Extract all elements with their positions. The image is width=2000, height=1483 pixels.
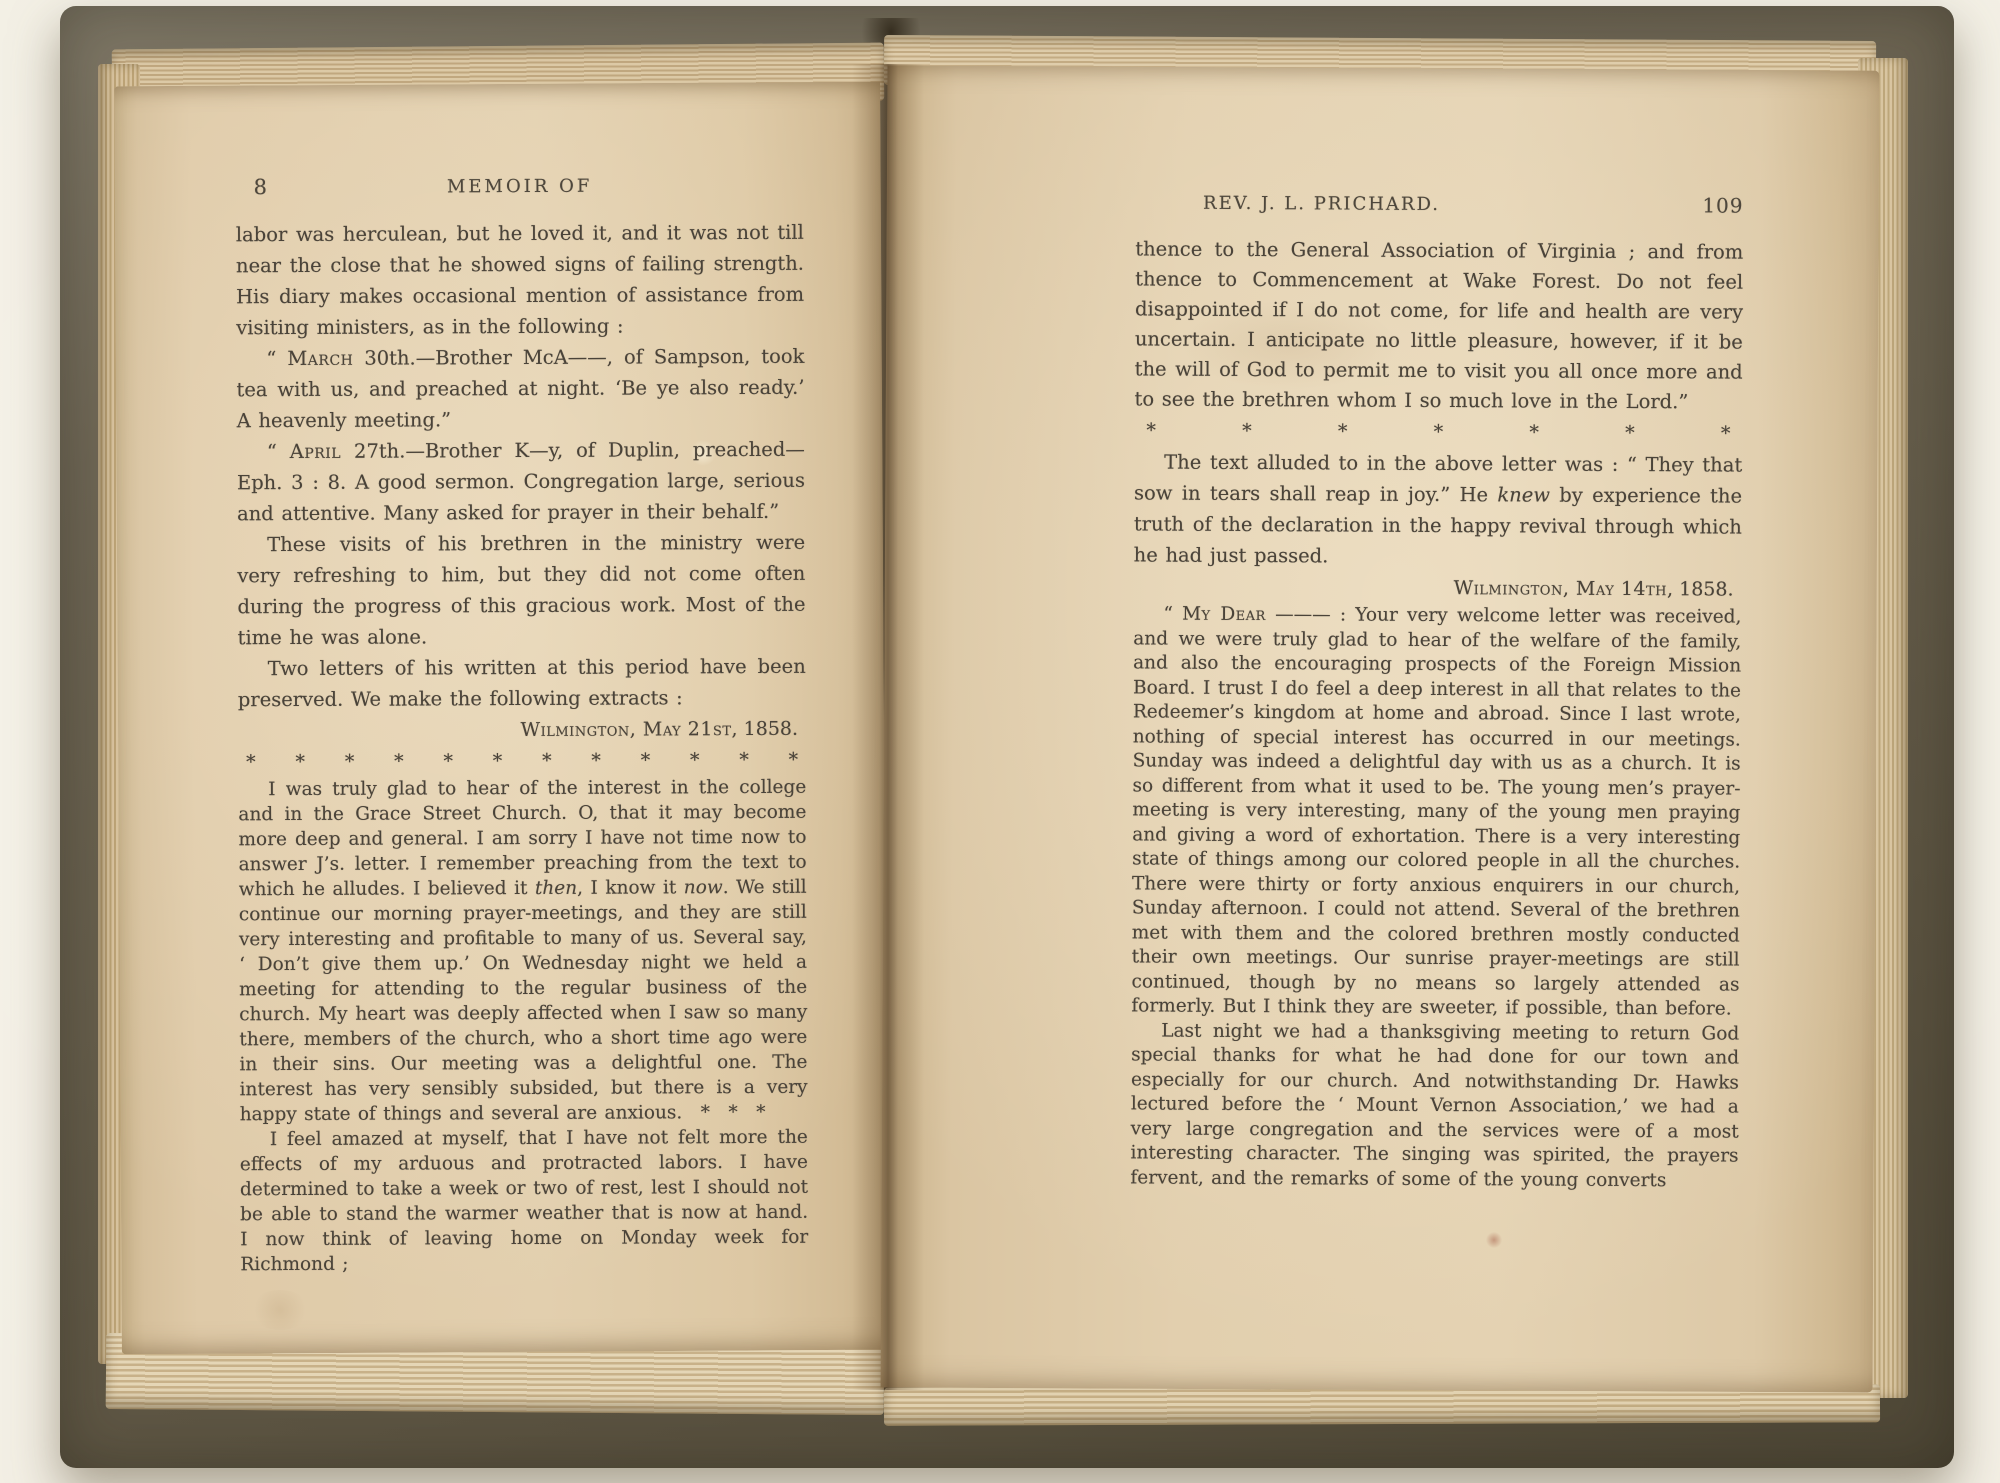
paragraph: I was truly glad to hear of the interest… (238, 775, 808, 1127)
left-page-body: labor was herculean, but he loved it, an… (236, 217, 809, 1277)
small-caps-run: Wilmington, May 21st (521, 718, 732, 741)
paragraph: Two letters of his written at this perio… (238, 651, 806, 715)
left-header-title: MEMOIR OF (236, 175, 804, 198)
text-run: Last night we had a thanksgiving meeting… (1130, 1020, 1739, 1191)
small-caps-run: April (290, 440, 341, 463)
text-run: labor was herculean, but he loved it, an… (236, 221, 804, 339)
text-run: , 1858. (731, 718, 798, 740)
small-caps-run: Wilmington, May 14th (1454, 577, 1668, 600)
paragraph: Last night we had a thanksgiving meeting… (1130, 1019, 1739, 1194)
paragraph: labor was herculean, but he loved it, an… (236, 217, 805, 343)
left-running-head: 8 MEMOIR OF (236, 175, 804, 207)
paragraph: thence to the General Association of Vir… (1134, 234, 1743, 417)
paragraph: The text alluded to in the above letter … (1134, 446, 1743, 573)
small-caps-run: My Dear (1182, 604, 1266, 625)
text-run: “ (1163, 604, 1182, 625)
paragraph: “ April 27th.—Brother K—y, of Duplin, pr… (237, 434, 805, 529)
text-run: , 1858. (1667, 578, 1734, 600)
right-page-number: 109 (1702, 193, 1743, 217)
paragraph: “ March 30th.—Brother McA——, of Sampson,… (236, 341, 804, 436)
paragraph: These visits of his brethren in the mini… (237, 527, 806, 653)
text-run: “ (266, 347, 287, 370)
paragraph: I feel amazed at myself, that I have not… (240, 1125, 809, 1277)
dateline: Wilmington, May 14th, 1858. (1133, 570, 1741, 605)
italic-run: knew (1497, 483, 1550, 506)
text-run: . We still continue our morning prayer-m… (239, 877, 808, 1125)
italic-run: then (535, 878, 577, 899)
small-caps-run: March (287, 347, 353, 370)
text-run: thence to the General Association of Vir… (1134, 237, 1743, 413)
text-run: Two letters of his written at this perio… (238, 655, 806, 711)
text-run: ——— : Your very welcome letter was recei… (1131, 604, 1741, 1019)
paper-stain (250, 1290, 310, 1330)
paragraph: “ My Dear ——— : Your very welcome letter… (1131, 602, 1741, 1022)
italic-run: now (684, 877, 723, 898)
right-header-title: REV. J. L. PRICHARD. (1018, 192, 1626, 216)
book-gutter (852, 64, 924, 1390)
right-page-body: thence to the General Association of Vir… (1130, 234, 1743, 1193)
left-page-text: 8 MEMOIR OF labor was herculean, but he … (236, 175, 809, 1277)
open-book-photo: 8 MEMOIR OF labor was herculean, but he … (0, 0, 2000, 1483)
left-page-number: 8 (254, 175, 268, 199)
paper-stain (1486, 1232, 1502, 1248)
text-run: , I know it (577, 877, 684, 898)
text-run: I feel amazed at myself, that I have not… (240, 1127, 808, 1275)
right-page-text: REV. J. L. PRICHARD. 109 thence to the G… (1130, 192, 1743, 1193)
text-run: “ (267, 440, 290, 463)
right-running-head: REV. J. L. PRICHARD. 109 (1135, 192, 1743, 225)
text-run: These visits of his brethren in the mini… (237, 531, 805, 649)
asterisk-row: * * * * * * * * * * * * (238, 745, 806, 777)
dateline: Wilmington, May 21st, 1858. (238, 713, 806, 747)
asterisk-row: * * * * * * * (1134, 414, 1742, 449)
